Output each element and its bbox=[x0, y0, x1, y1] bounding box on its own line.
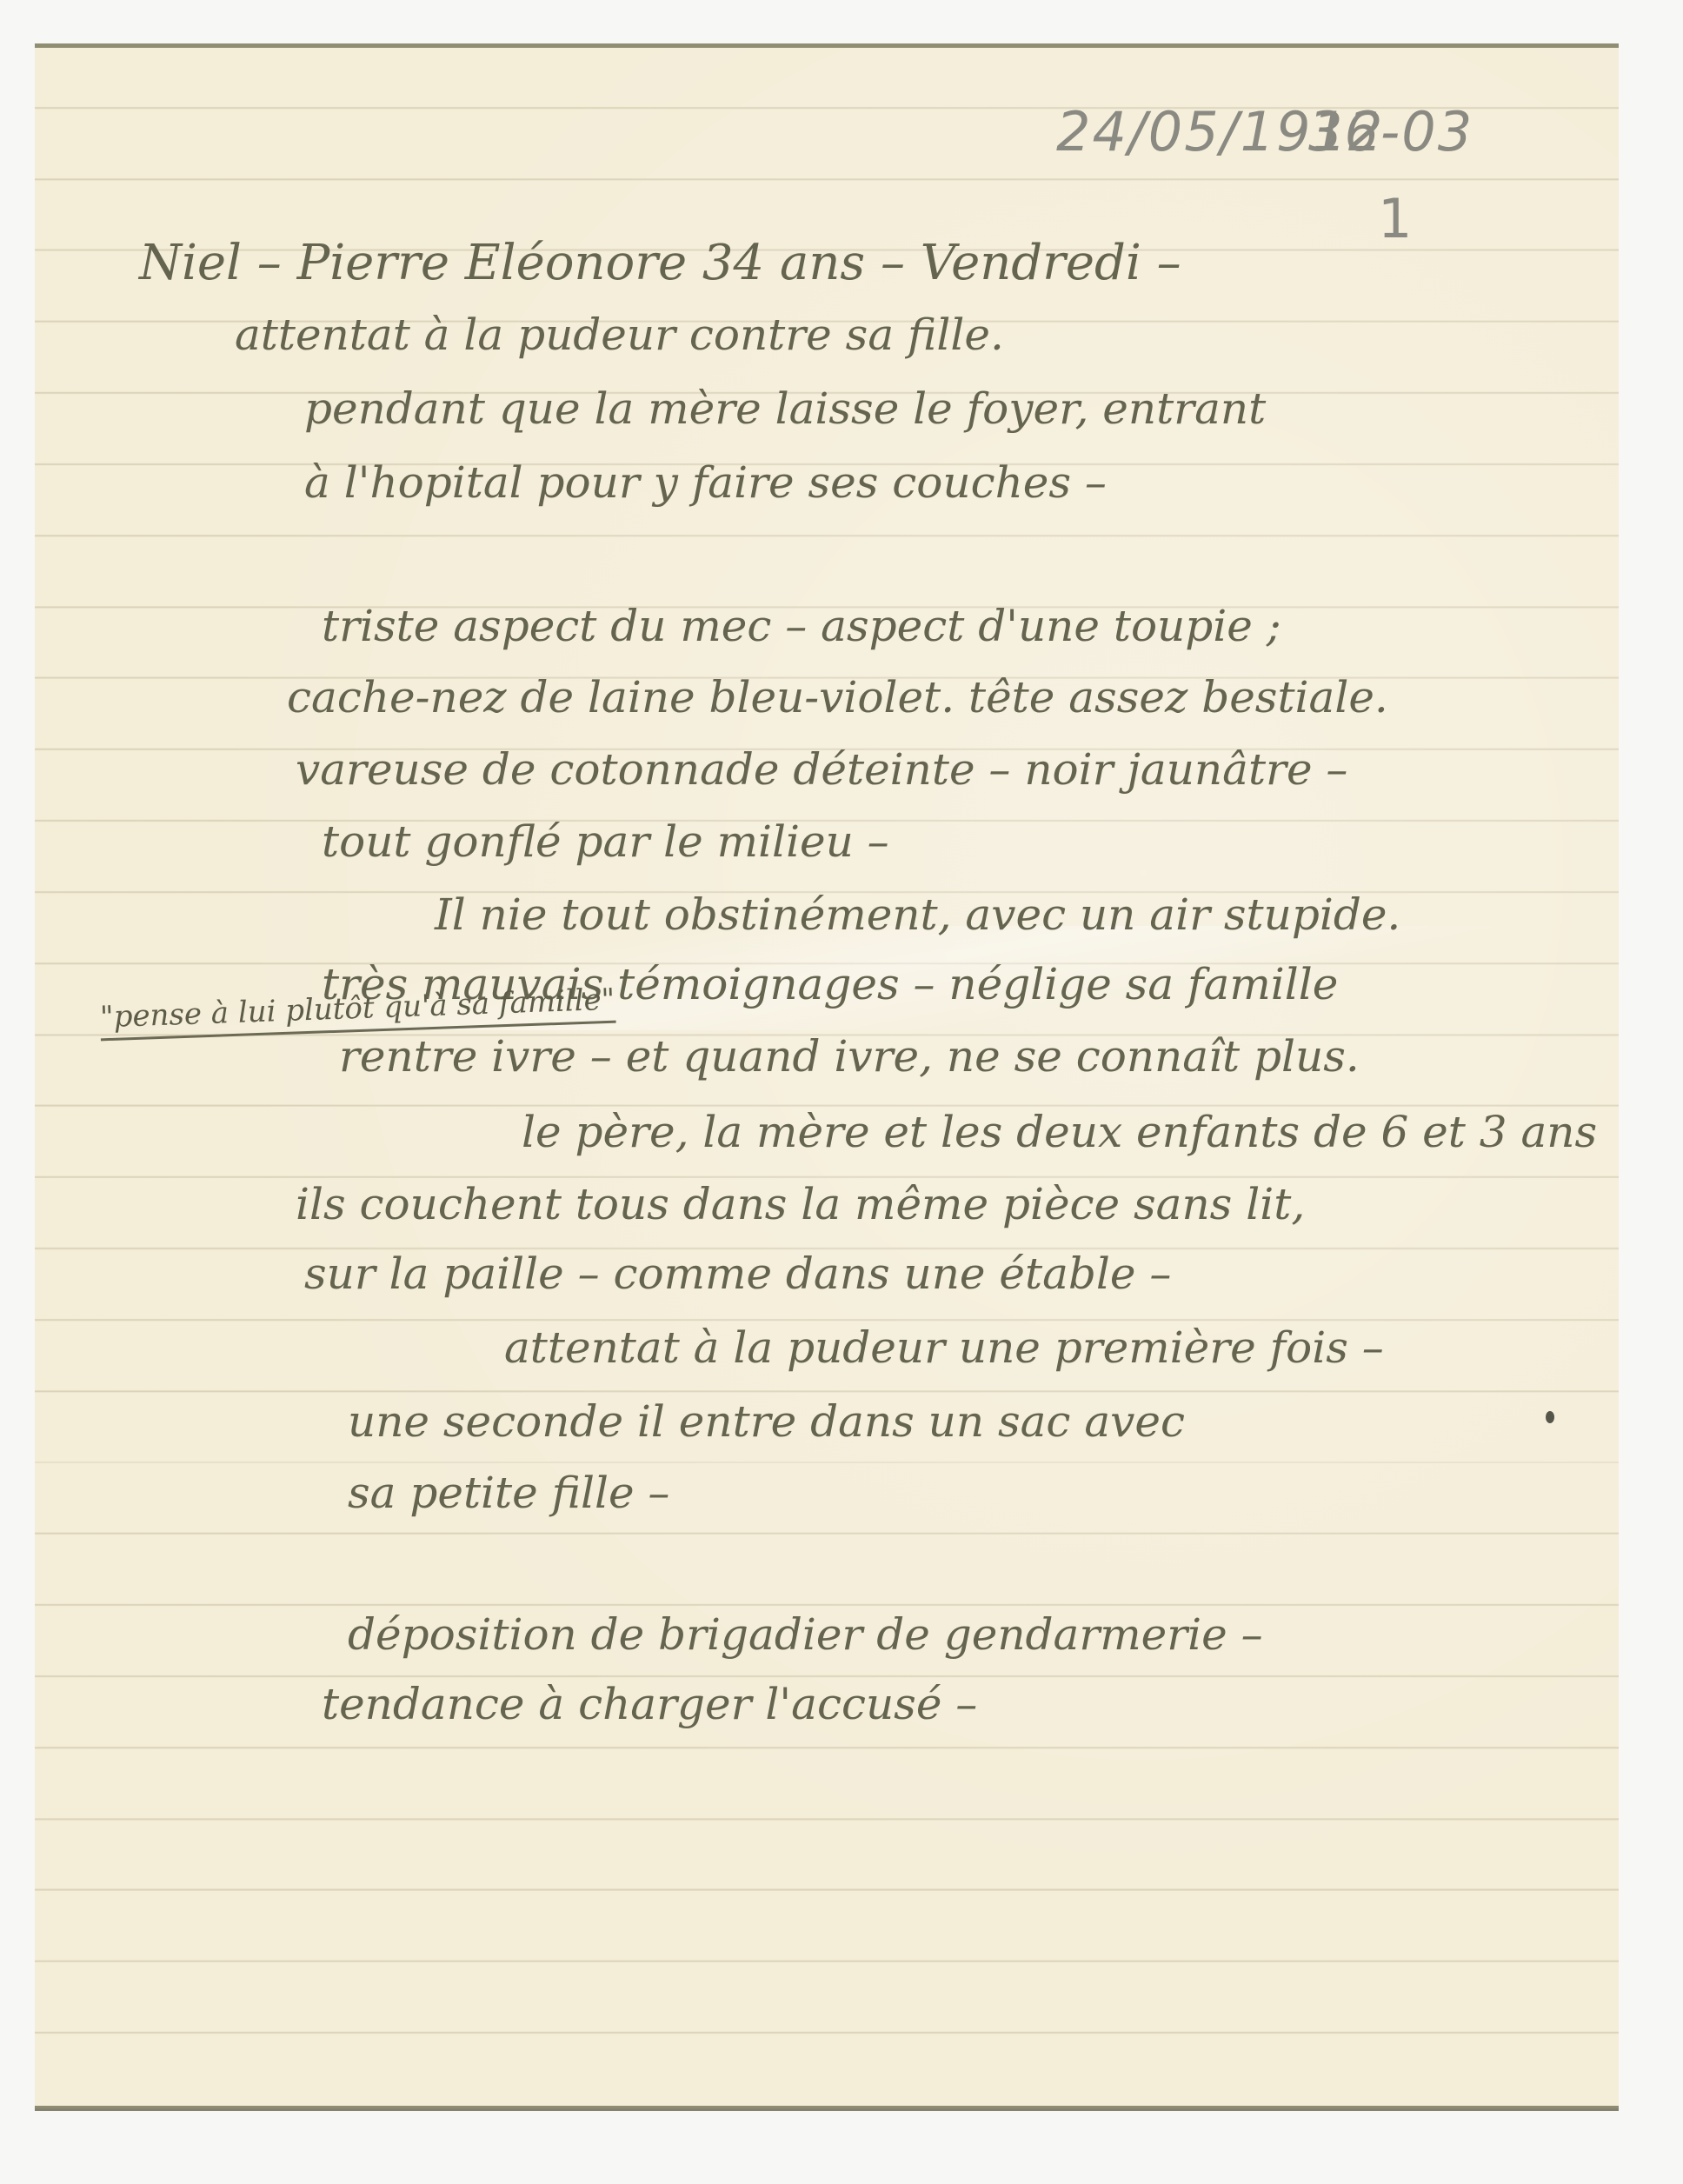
manuscript-line-12: le père, la mère et les deux enfants de … bbox=[522, 1110, 1597, 1154]
manuscript-line-19: tendance à charger l'accusé – bbox=[322, 1682, 977, 1726]
manuscript-page: 24/05/1912 36-03 1 Niel – Pierre Eléonor… bbox=[35, 43, 1619, 2108]
manuscript-line-3: pendant que la mère laisse le foyer, ent… bbox=[304, 387, 1266, 430]
manuscript-line-8: tout gonflé par le milieu – bbox=[322, 820, 889, 863]
manuscript-line-4: à l'hopital pour y faire ses couches – bbox=[304, 461, 1107, 504]
manuscript-line-1: Niel – Pierre Eléonore 34 ans – Vendredi… bbox=[139, 239, 1181, 288]
page-number: 1 bbox=[1378, 187, 1414, 250]
manuscript-line-13: ils couchent tous dans la même pièce san… bbox=[296, 1182, 1305, 1226]
manuscript-line-17: sa petite fille – bbox=[348, 1471, 669, 1515]
manuscript-line-6: cache-nez de laine bleu-violet. tête ass… bbox=[287, 676, 1388, 719]
manuscript-line-7: vareuse de cotonnade déteinte – noir jau… bbox=[296, 748, 1347, 791]
manuscript-line-16: une seconde il entre dans un sac avec bbox=[348, 1400, 1185, 1443]
manuscript-line-11: rentre ivre – et quand ivre, ne se conna… bbox=[339, 1035, 1360, 1078]
manuscript-line-14: sur la paille – comme dans une étable – bbox=[304, 1252, 1171, 1295]
manuscript-line-9: Il nie tout obstinément, avec un air stu… bbox=[435, 893, 1400, 936]
manuscript-line-18: déposition de brigadier de gendarmerie – bbox=[348, 1613, 1263, 1656]
ink-spot bbox=[1546, 1411, 1554, 1423]
manuscript-line-5: triste aspect du mec – aspect d'une toup… bbox=[322, 604, 1281, 648]
manuscript-line-15: attentat à la pudeur une première fois – bbox=[504, 1326, 1384, 1369]
archive-reference: 36-03 bbox=[1308, 100, 1473, 163]
manuscript-line-2: attentat à la pudeur contre sa fille. bbox=[235, 313, 1004, 356]
